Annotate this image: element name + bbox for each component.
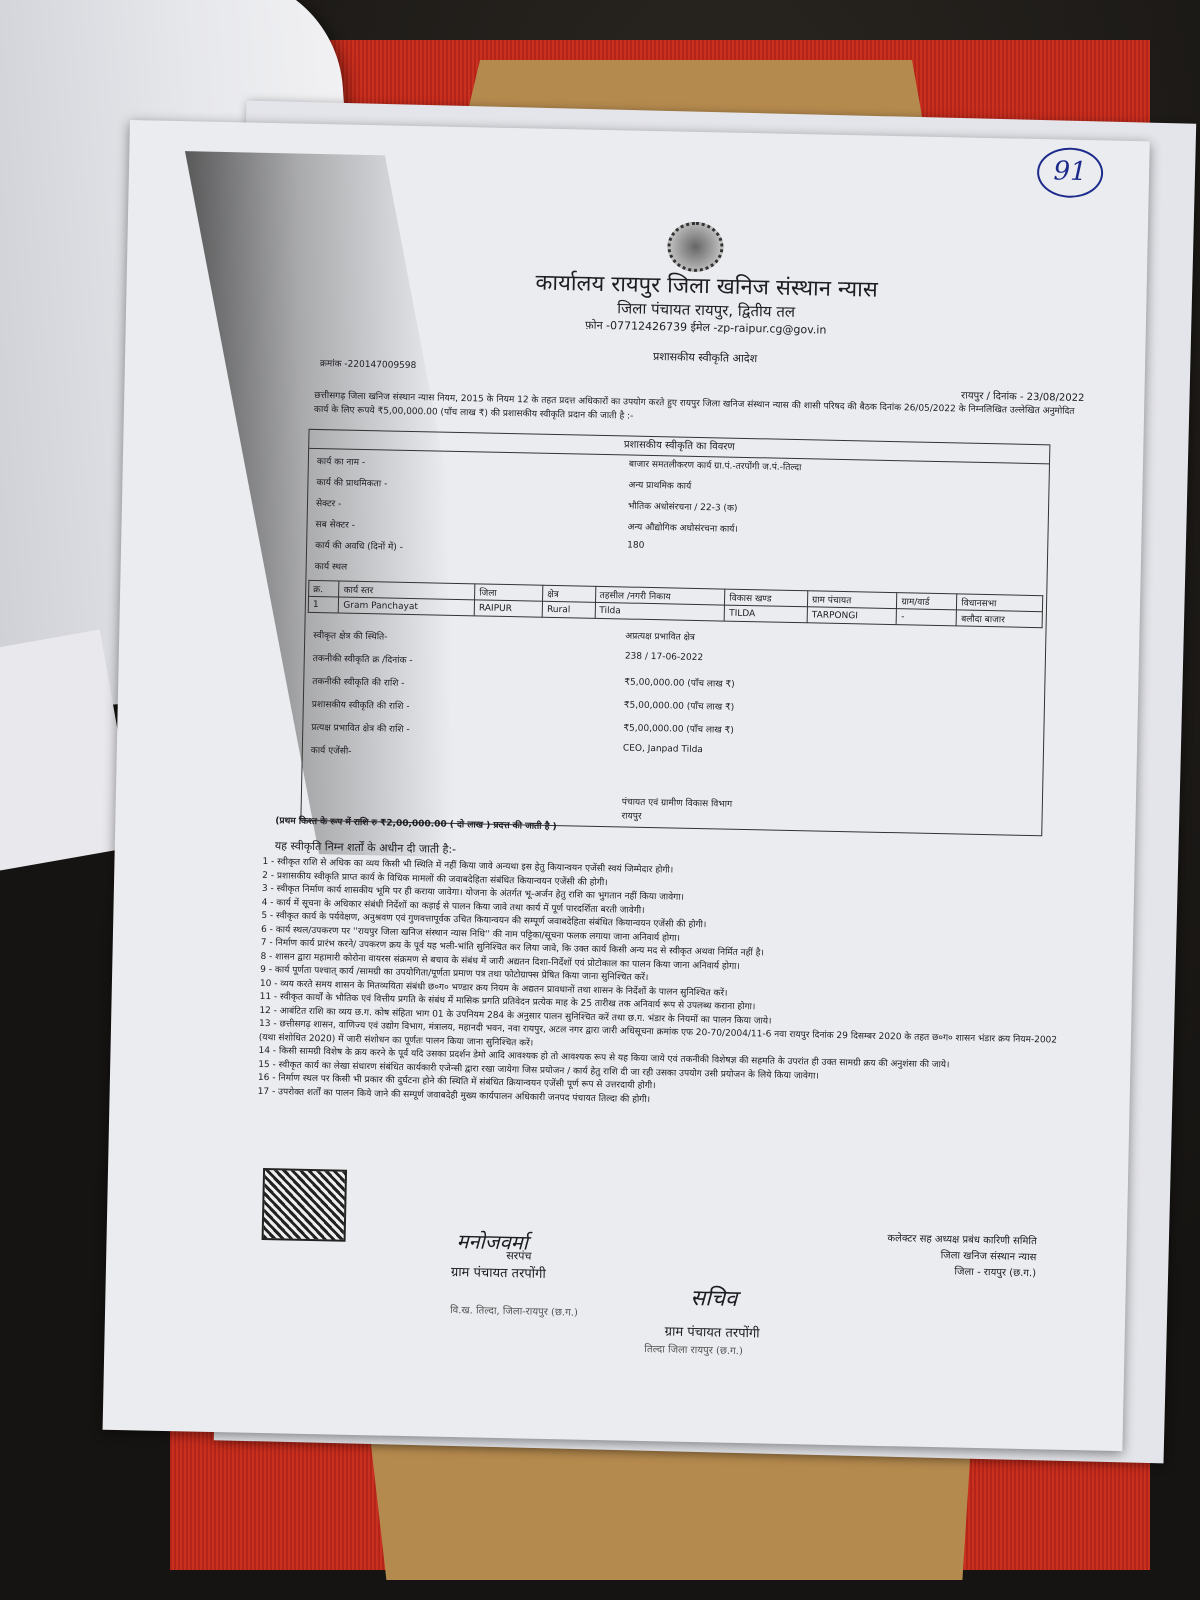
detail-value: अन्य प्राथमिक कार्य	[628, 478, 691, 492]
detail-label: कार्य एजेंसी-	[311, 743, 352, 757]
sarpanch-stamp-line2: वि.ख. तिल्दा, जिला-रायपुर (छ.ग.)	[450, 1302, 578, 1319]
detail-label: कार्य की अवधि (दिनों में) -	[315, 538, 403, 553]
detail-value: अन्य औद्योगिक अधोसंरचना कार्य।	[627, 520, 738, 535]
detail-label: स्वीकृत क्षेत्र की स्थिति-	[313, 628, 388, 643]
secretary-stamp-line1: ग्राम पंचायत तरपोंगी	[665, 1321, 760, 1341]
agency-department: पंचायत एवं ग्रामीण विकास विभाग	[622, 794, 733, 809]
conditions-list: 1 - स्वीकृत राशि से अधिक का व्यय किसी भी…	[258, 856, 1063, 1116]
detail-value: 180	[627, 541, 644, 551]
agency-city: रायपुर	[621, 808, 641, 821]
detail-label: सब सेक्टर -	[315, 517, 355, 531]
order-title: प्रशासकीय स्वीकृति आदेश	[425, 344, 985, 371]
sanction-order-page: 91 कार्यालय रायपुर जिला खनिज संस्थान न्य…	[103, 120, 1150, 1451]
detail-value: ₹5,00,000.00 (पाँच लाख ₹)	[624, 674, 735, 689]
detail-label: कार्य का नाम -	[317, 454, 366, 468]
location-cell: Gram Panchayat	[339, 597, 475, 616]
detail-label: कार्य स्थल	[315, 559, 348, 573]
conditions-title: यह स्वीकृति निम्न शर्तों के अधीन दी जाती…	[275, 838, 457, 857]
location-cell: बलौदा बाजार	[957, 610, 1043, 628]
government-emblem-icon	[667, 221, 724, 272]
handwritten-page-number: 91	[1037, 147, 1104, 198]
detail-label: कार्य की प्राथमिकता -	[316, 475, 387, 489]
detail-label: सेक्टर -	[316, 496, 342, 510]
location-header-cell: जिला	[475, 584, 543, 601]
reference-number: क्रमांक -220147009598	[320, 356, 417, 371]
location-header-cell: क्र.	[309, 580, 340, 597]
location-cell: TILDA	[724, 605, 807, 623]
detail-value: बाजार समतलीकरण कार्य ग्रा.पं.-तरपोंगी ज.…	[629, 457, 802, 474]
location-cell: TARPONGI	[807, 607, 897, 625]
location-cell: Rural	[542, 601, 595, 618]
location-header-cell: क्षेत्र	[543, 585, 596, 602]
secretary-stamp-line2: तिल्दा जिला रायपुर (छ.ग.)	[644, 1341, 743, 1357]
detail-label: प्रत्यक्ष प्रभावित क्षेत्र की राशि -	[311, 720, 410, 735]
location-cell: -	[897, 609, 957, 626]
location-header-cell: विकास खण्ड	[725, 589, 808, 607]
detail-label: तकनीकी स्वीकृति की राशि -	[312, 674, 404, 689]
sarpanch-stamp-line1: ग्राम पंचायत तरपोंगी	[451, 1262, 546, 1282]
sarpanch-title: सरपंच	[506, 1248, 531, 1264]
detail-value: भौतिक अधोसंरचना / 22-3 (क)	[628, 499, 738, 514]
location-header-cell: ग्राम पंचायत	[808, 591, 898, 609]
qr-code	[262, 1168, 347, 1242]
detail-value: ₹5,00,000.00 (पाँच लाख ₹)	[623, 720, 734, 735]
detail-value: CEO, Janpad Tilda	[623, 743, 703, 755]
work-location-table: क्र.कार्य स्तरजिलाक्षेत्रतहसील /नगरी निक…	[308, 580, 1044, 628]
detail-value: अप्रत्यक्ष प्रभावित क्षेत्र	[625, 628, 695, 642]
sanction-details-box: प्रशासकीय स्वीकृति का विवरण कार्य का नाम…	[300, 429, 1050, 836]
location-cell: RAIPUR	[474, 600, 542, 617]
location-cell: Tilda	[595, 602, 725, 621]
location-cell: 1	[308, 596, 339, 613]
place-date: रायपुर / दिनांक - 23/08/2022	[961, 387, 1085, 404]
location-header-cell: ग्राम/वार्ड	[897, 593, 957, 610]
location-header-cell: विधानसभा	[957, 594, 1043, 612]
detail-value: ₹5,00,000.00 (पाँच लाख ₹)	[624, 697, 735, 712]
detail-label: तकनीकी स्वीकृति क्र /दिनांक -	[313, 651, 413, 666]
detail-label: प्रशासकीय स्वीकृति की राशि -	[312, 697, 410, 712]
collector-signature-block: कलेक्टर सह अध्यक्ष प्रबंध कारिणी समिति ज…	[796, 1229, 1037, 1282]
detail-value: 238 / 17-06-2022	[625, 651, 703, 663]
secretary-signature: सचिव	[690, 1282, 737, 1313]
